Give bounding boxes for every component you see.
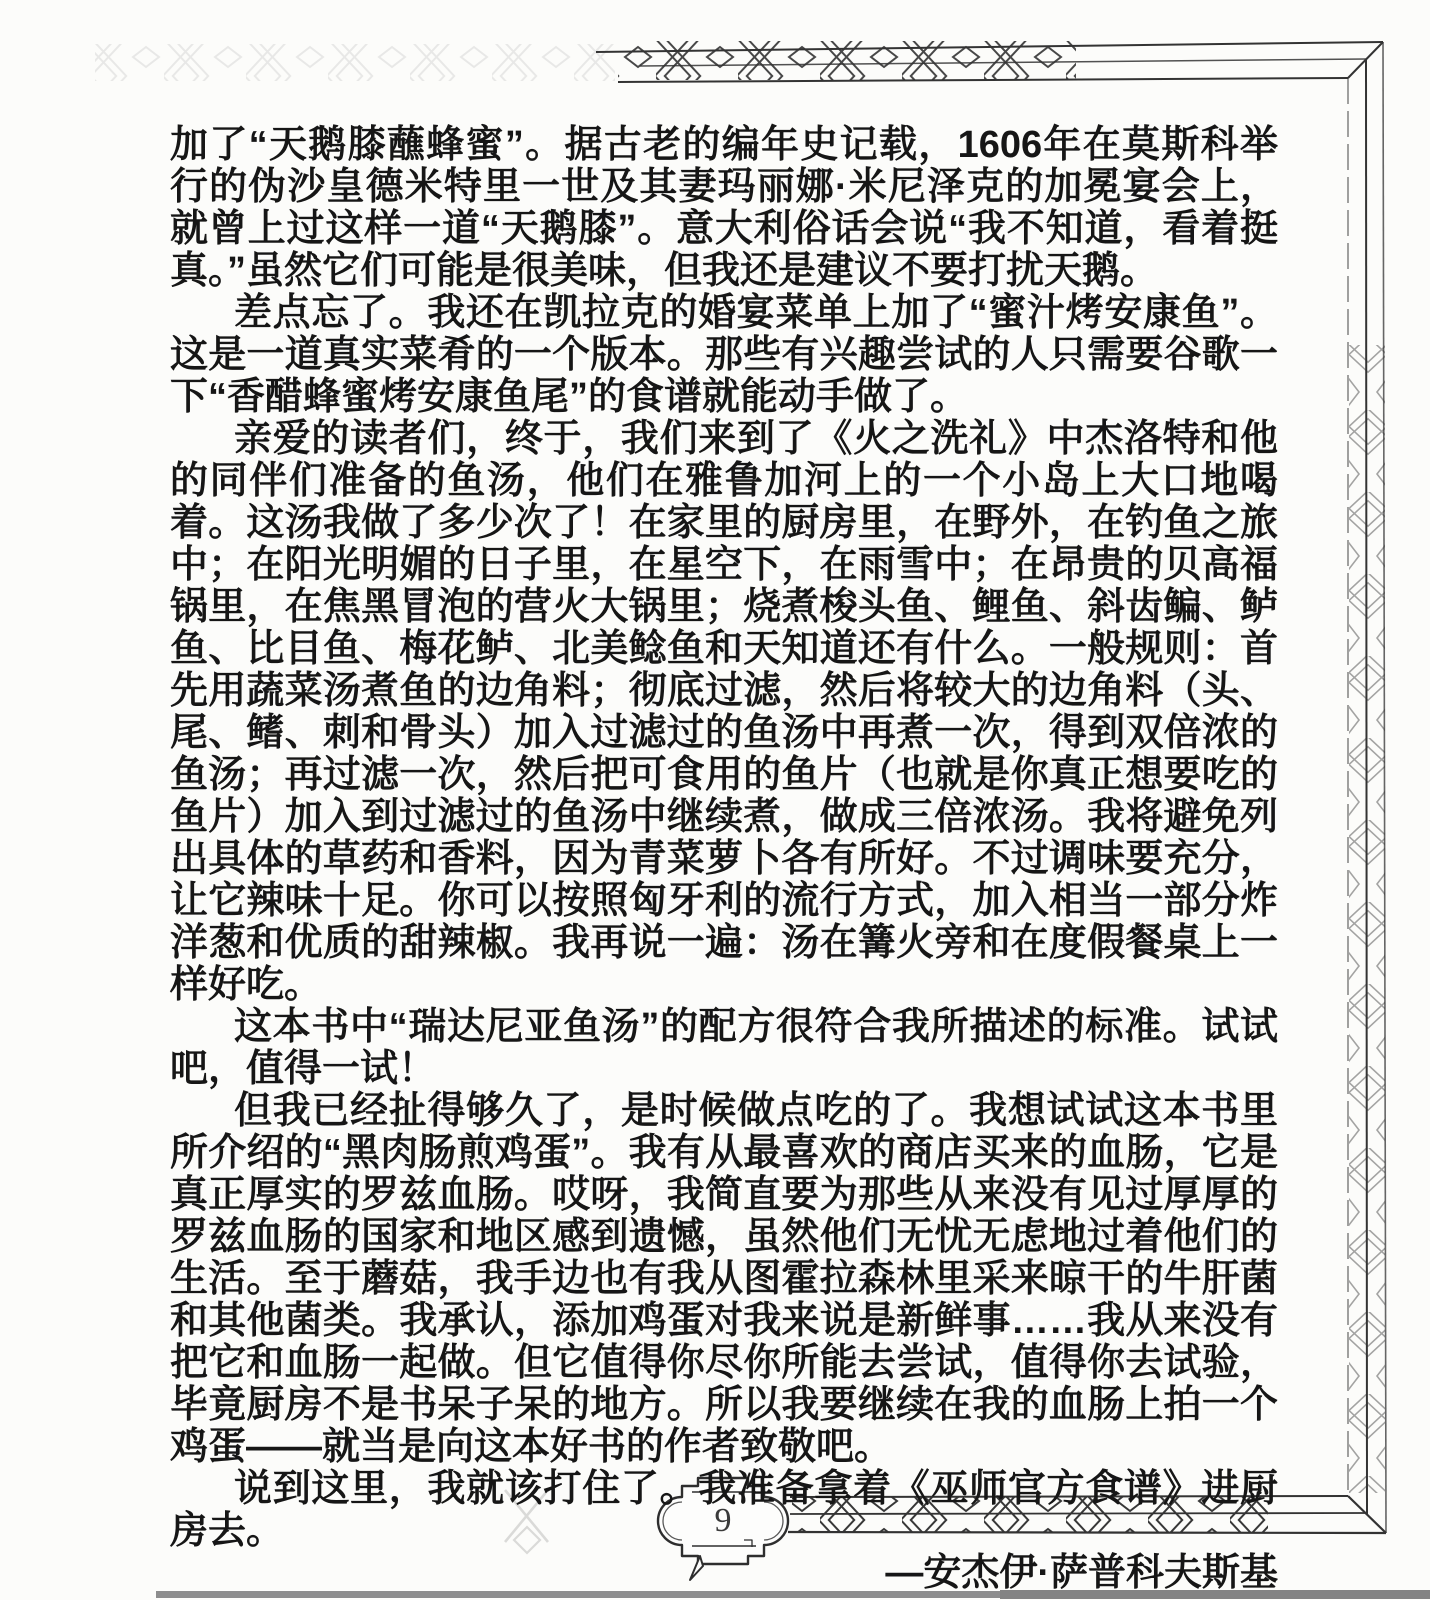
- text-block: 加了“天鹅膝蘸蜂蜜”。据古老的编年史记载，1606年在莫斯科举行的伪沙皇德米特里…: [170, 124, 1278, 1594]
- body-paragraph: 差点忘了。我还在凯拉克的婚宴菜单上加了“蜜汁烤安康鱼”。这是一道真实菜肴的一个版…: [170, 292, 1278, 418]
- scan-artifact-bar-dark: [1000, 1590, 1430, 1599]
- body-paragraph: 说到这里，我就该打住了。我准备拿着《巫师官方食谱》进厨房去。: [170, 1468, 1278, 1552]
- author-signature: —安杰伊·萨普科夫斯基: [170, 1552, 1278, 1594]
- body-paragraph: 亲爱的读者们，终于，我们来到了《火之洗礼》中杰洛特和他的同伴们准备的鱼汤，他们在…: [170, 418, 1278, 1006]
- book-page: 9 加了“天鹅膝蘸蜂蜜”。据古老的编年史记载，1606年在莫斯科举行的伪沙皇德米…: [0, 0, 1430, 1600]
- body-paragraph: 但我已经扯得够久了，是时候做点吃的了。我想试试这本书里所介绍的“黑肉肠煎鸡蛋”。…: [170, 1090, 1278, 1468]
- body-paragraph: 加了“天鹅膝蘸蜂蜜”。据古老的编年史记载，1606年在莫斯科举行的伪沙皇德米特里…: [170, 124, 1278, 292]
- body-paragraph: 这本书中“瑞达尼亚鱼汤”的配方很符合我所描述的标准。试试吧，值得一试！: [170, 1006, 1278, 1090]
